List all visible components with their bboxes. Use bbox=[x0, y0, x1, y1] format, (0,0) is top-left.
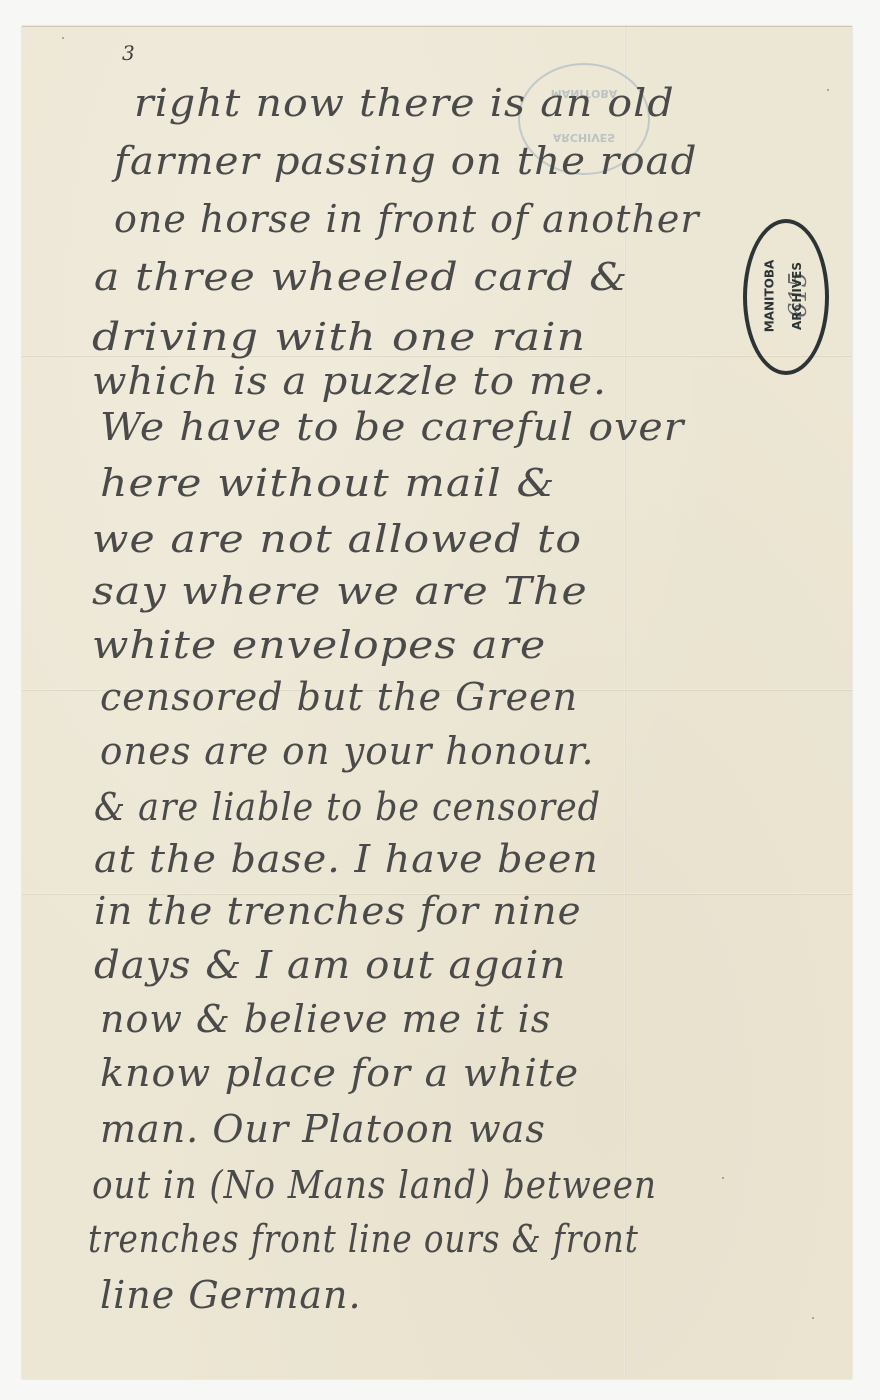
handwritten-line: driving with one rain bbox=[92, 315, 586, 359]
stamp-dept-text: ARCHIVES bbox=[790, 262, 804, 330]
handwritten-line: in the trenches for nine bbox=[94, 889, 582, 933]
handwritten-line: farmer passing on the road bbox=[114, 139, 697, 183]
paper-speck bbox=[827, 89, 829, 91]
handwritten-line: a three wheeled card & bbox=[94, 255, 628, 299]
handwritten-line: censored but the Green bbox=[100, 675, 578, 719]
paper-speck bbox=[62, 37, 64, 39]
handwritten-line: one horse in front of another bbox=[114, 197, 700, 241]
manitoba-archives-stamp: MANITOBA 615 ARCHIVES bbox=[743, 219, 829, 375]
stamp-org-text: MANITOBA bbox=[762, 260, 776, 333]
handwritten-line: now & believe me it is bbox=[100, 997, 551, 1041]
handwritten-line: which is a puzzle to me. bbox=[92, 359, 607, 403]
handwritten-line: out in (No Mans land) between bbox=[92, 1163, 657, 1207]
handwritten-line: ones are on your honour. bbox=[100, 729, 594, 773]
paper-speck bbox=[722, 1177, 724, 1179]
handwritten-line: line German. bbox=[100, 1273, 362, 1317]
handwritten-line: days & I am out again bbox=[94, 943, 567, 987]
page-number: 3 bbox=[122, 41, 135, 65]
handwritten-line: man. Our Platoon was bbox=[100, 1107, 546, 1151]
handwritten-line: & are liable to be censored bbox=[94, 785, 601, 829]
handwritten-line: at the base. I have been bbox=[94, 837, 599, 881]
handwritten-line: say where we are The bbox=[92, 569, 588, 613]
handwritten-line: here without mail & bbox=[100, 461, 556, 505]
letter-page: 3 MANITOBA ARCHIVES right now there is a… bbox=[22, 26, 852, 1379]
handwritten-line: trenches front line ours & front bbox=[88, 1217, 639, 1261]
handwritten-line: we are not allowed to bbox=[92, 517, 582, 561]
paper-speck bbox=[812, 1317, 814, 1319]
handwritten-line: right now there is an old bbox=[134, 81, 675, 125]
handwritten-line: white envelopes are bbox=[92, 623, 546, 667]
handwritten-line: know place for a white bbox=[100, 1051, 579, 1095]
handwritten-line: We have to be careful over bbox=[100, 405, 684, 449]
